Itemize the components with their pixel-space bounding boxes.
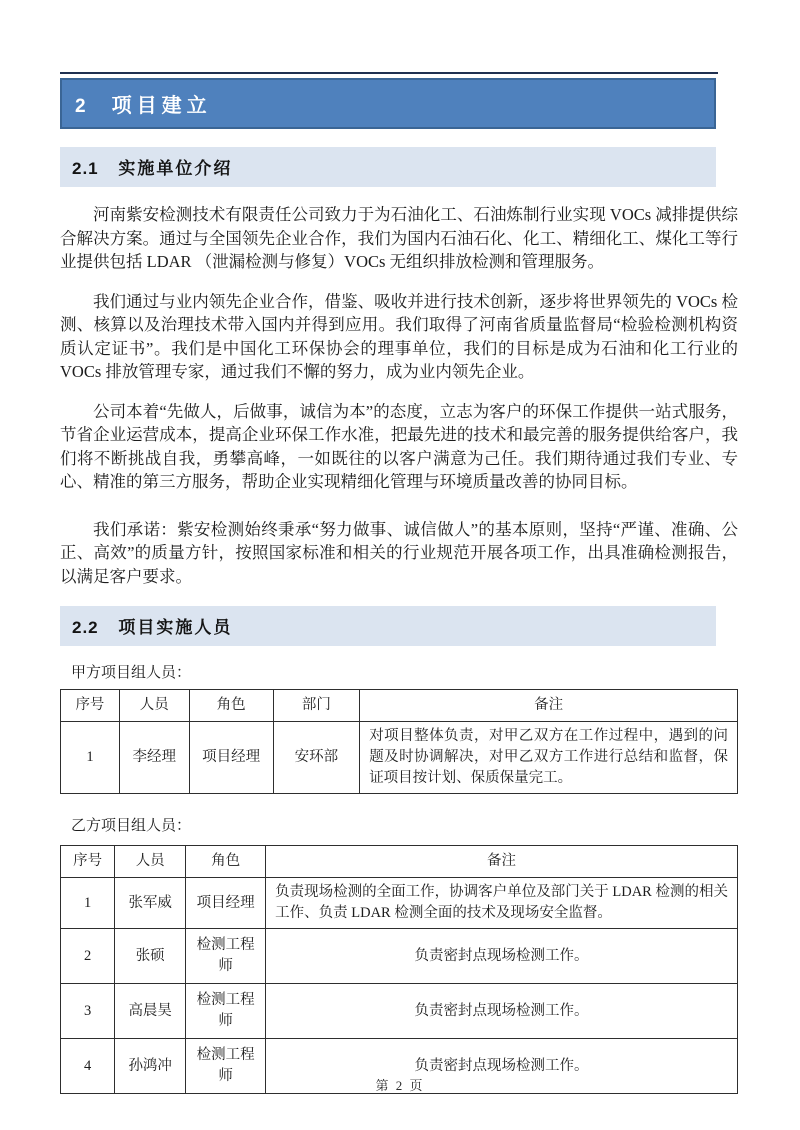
party-a-table-caption: 甲方项目组人员： <box>60 661 738 682</box>
cell-role: 项目经理 <box>186 878 266 929</box>
header-cell-person: 人员 <box>119 690 189 722</box>
paragraph-attitude: 公司本着“先做人，后做事，诚信为本”的态度，立志为客户的环保工作提供一站式服务，… <box>60 400 738 494</box>
chapter-heading-bar: 2 项目建立 <box>60 78 716 129</box>
section-title: 实施单位介绍 <box>118 159 232 178</box>
chapter-top-rule <box>60 72 718 74</box>
section-number: 2.2 <box>72 618 99 637</box>
paragraph-technology: 我们通过与业内领先企业合作，借鉴、吸收并进行技术创新，逐步将世界领先的 VOCs… <box>60 290 738 384</box>
cell-remark: 负责现场检测的全面工作，协调客户单位及部门关于 LDAR 检测的相关工作、负责 … <box>266 878 738 929</box>
header-cell-index: 序号 <box>61 846 115 878</box>
table-row: 1 张军威 项目经理 负责现场检测的全面工作，协调客户单位及部门关于 LDAR … <box>61 878 738 929</box>
header-cell-role: 角色 <box>186 846 266 878</box>
header-cell-department: 部门 <box>273 690 360 722</box>
page-number: 第 2 页 <box>375 1078 424 1093</box>
party-b-staff-table: 序号 人员 角色 备注 1 张军威 项目经理 负责现场检测的全面工作，协调客户单… <box>60 845 738 1094</box>
cell-remark: 负责密封点现场检测工作。 <box>266 929 738 984</box>
document-page: 2 项目建立 2.1 实施单位介绍 河南紫安检测技术有限责任公司致力于为石油化工… <box>0 0 800 1130</box>
paragraph-promise: 我们承诺：紫安检测始终秉承“努力做事、诚信做人”的基本原则，坚持“严谨、准确、公… <box>60 518 738 589</box>
header-cell-remark: 备注 <box>360 690 738 722</box>
cell-index: 3 <box>61 984 115 1039</box>
table-row: 2 张硕 检测工程师 负责密封点现场检测工作。 <box>61 929 738 984</box>
section-title: 项目实施人员 <box>118 618 232 637</box>
table-row: 3 高晨昊 检测工程师 负责密封点现场检测工作。 <box>61 984 738 1039</box>
cell-role: 项目经理 <box>189 722 273 794</box>
section-heading-staff: 2.2 项目实施人员 <box>60 606 716 646</box>
table-header-row: 序号 人员 角色 部门 备注 <box>61 690 738 722</box>
chapter-number: 2 <box>75 96 86 118</box>
cell-index: 1 <box>61 878 115 929</box>
cell-role: 检测工程师 <box>186 929 266 984</box>
cell-person: 张硕 <box>115 929 186 984</box>
table-header-row: 序号 人员 角色 备注 <box>61 846 738 878</box>
party-a-staff-table: 序号 人员 角色 部门 备注 1 李经理 项目经理 安环部 对项目整体负责，对甲… <box>60 689 738 794</box>
header-cell-index: 序号 <box>61 690 120 722</box>
paragraph-company-intro: 河南紫安检测技术有限责任公司致力于为石油化工、石油炼制行业实现 VOCs 减排提… <box>60 203 738 274</box>
cell-person: 张军威 <box>115 878 186 929</box>
page-footer: 第 2 页 <box>0 1075 800 1094</box>
cell-index: 1 <box>61 722 120 794</box>
table-row: 1 李经理 项目经理 安环部 对项目整体负责，对甲乙双方在工作过程中，遇到的问题… <box>61 722 738 794</box>
cell-remark: 负责密封点现场检测工作。 <box>266 984 738 1039</box>
cell-remark: 对项目整体负责，对甲乙双方在工作过程中，遇到的问题及时协调解决，对甲乙双方工作进… <box>360 722 738 794</box>
section-heading-intro: 2.1 实施单位介绍 <box>60 147 716 187</box>
chapter-title: 项目建立 <box>112 89 212 118</box>
header-cell-person: 人员 <box>115 846 186 878</box>
cell-person: 李经理 <box>119 722 189 794</box>
cell-role: 检测工程师 <box>186 984 266 1039</box>
party-b-table-caption: 乙方项目组人员： <box>60 814 738 835</box>
cell-person: 高晨昊 <box>115 984 186 1039</box>
header-cell-remark: 备注 <box>266 846 738 878</box>
header-cell-role: 角色 <box>189 690 273 722</box>
cell-index: 2 <box>61 929 115 984</box>
cell-department: 安环部 <box>273 722 360 794</box>
section-number: 2.1 <box>72 159 99 178</box>
